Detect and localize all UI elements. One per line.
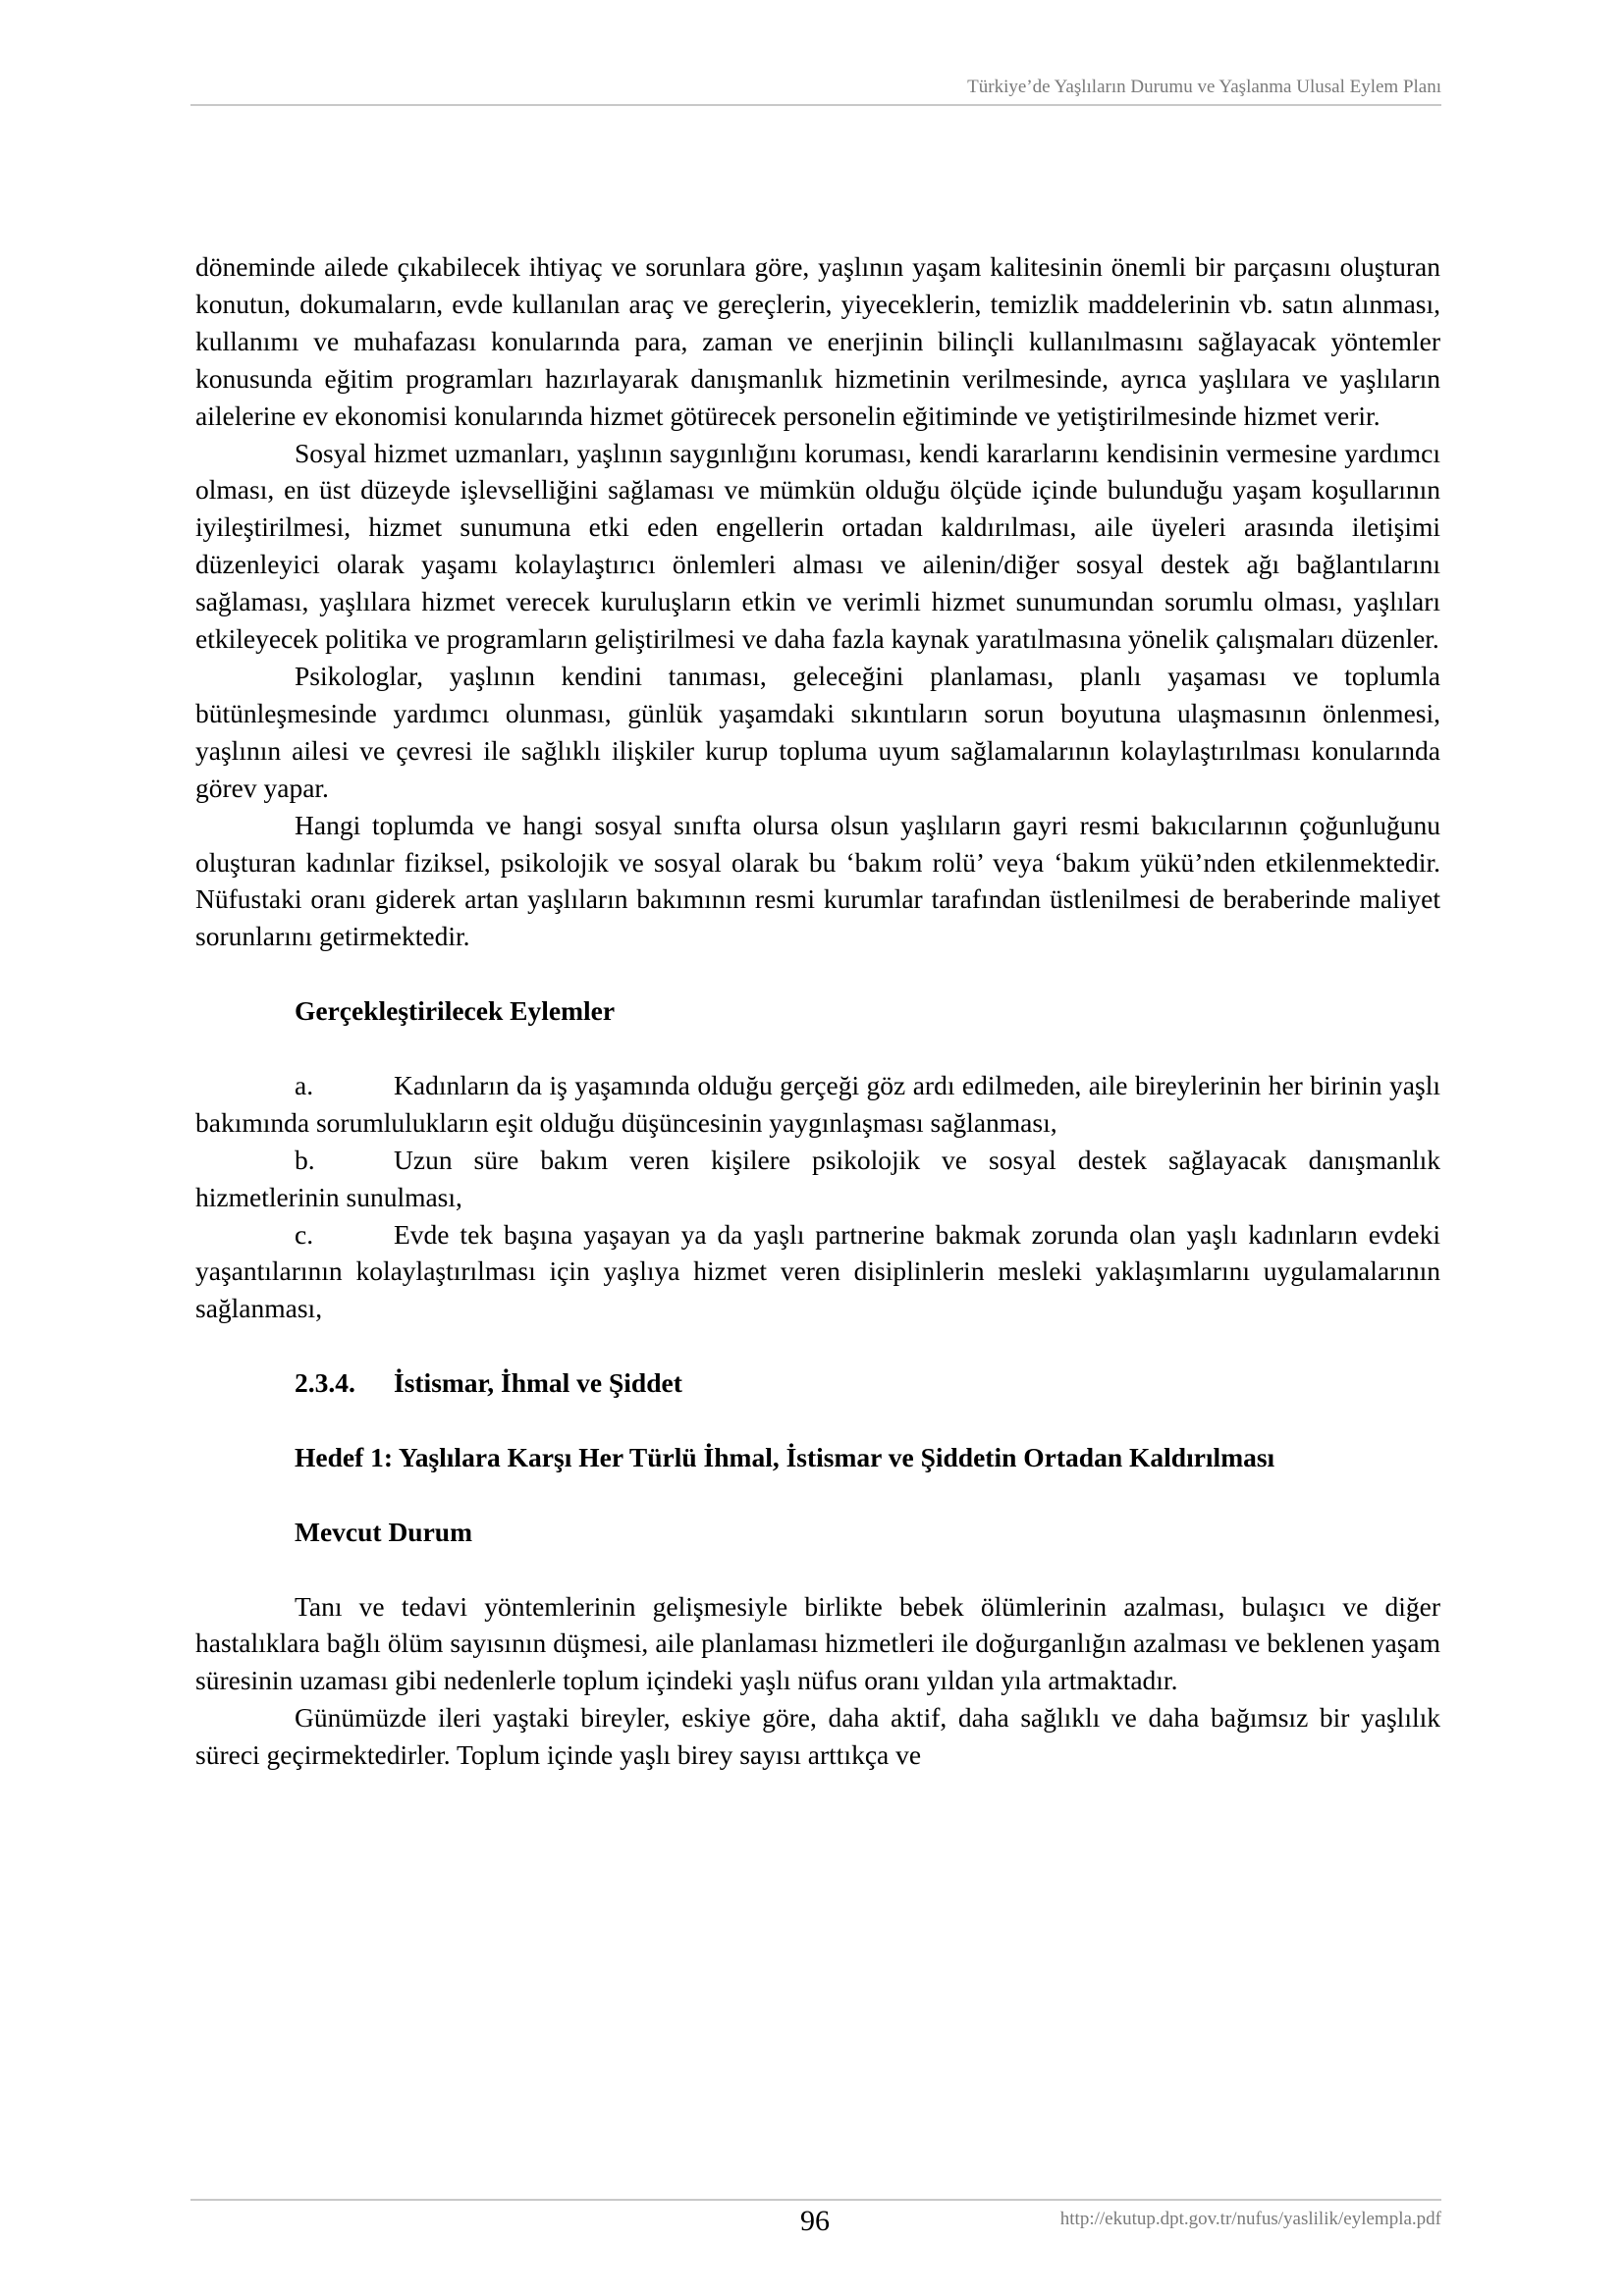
header-divider	[190, 104, 1441, 106]
actions-heading: Gerçekleştirilecek Eylemler	[195, 992, 1440, 1030]
list-marker: a.	[295, 1067, 394, 1104]
goal-heading: Hedef 1: Yaşlılara Karşı Her Türlü İhmal…	[195, 1439, 1440, 1476]
section-heading: 2.3.4.İstismar, İhmal ve Şiddet	[195, 1364, 1440, 1402]
footer-divider	[190, 2199, 1441, 2201]
paragraph-social-workers: Sosyal hizmet uzmanları, yaşlının saygın…	[195, 435, 1440, 658]
running-header-title: Türkiye’de Yaşlıların Durumu ve Yaşlanma…	[967, 77, 1441, 98]
page-number: 96	[800, 2205, 830, 2238]
list-marker: b.	[295, 1142, 394, 1179]
paragraph-continuation: döneminde ailede çıkabilecek ihtiyaç ve …	[195, 248, 1440, 435]
section-title: İstismar, İhmal ve Şiddet	[394, 1367, 682, 1398]
action-item-a: a.Kadınların da iş yaşamında olduğu gerç…	[195, 1067, 1440, 1142]
list-marker: c.	[295, 1216, 394, 1254]
paragraph-elderly-population: Tanı ve tedavi yöntemlerinin gelişmesiyl…	[195, 1588, 1440, 1700]
paragraph-psychologists: Psikologlar, yaşlının kendini tanıması, …	[195, 658, 1440, 807]
section-number: 2.3.4.	[295, 1364, 394, 1402]
page-content: döneminde ailede çıkabilecek ihtiyaç ve …	[195, 248, 1440, 1774]
action-item-b: b.Uzun süre bakım veren kişilere psikolo…	[195, 1142, 1440, 1216]
paragraph-women-caregivers: Hangi toplumda ve hangi sosyal sınıfta o…	[195, 807, 1440, 956]
current-status-heading: Mevcut Durum	[195, 1514, 1440, 1551]
paragraph-today: Günümüzde ileri yaştaki bireyler, eskiye…	[195, 1699, 1440, 1774]
footer-url: http://ekutup.dpt.gov.tr/nufus/yaslilik/…	[1060, 2209, 1441, 2230]
action-item-c: c.Evde tek başına yaşayan ya da yaşlı pa…	[195, 1216, 1440, 1328]
